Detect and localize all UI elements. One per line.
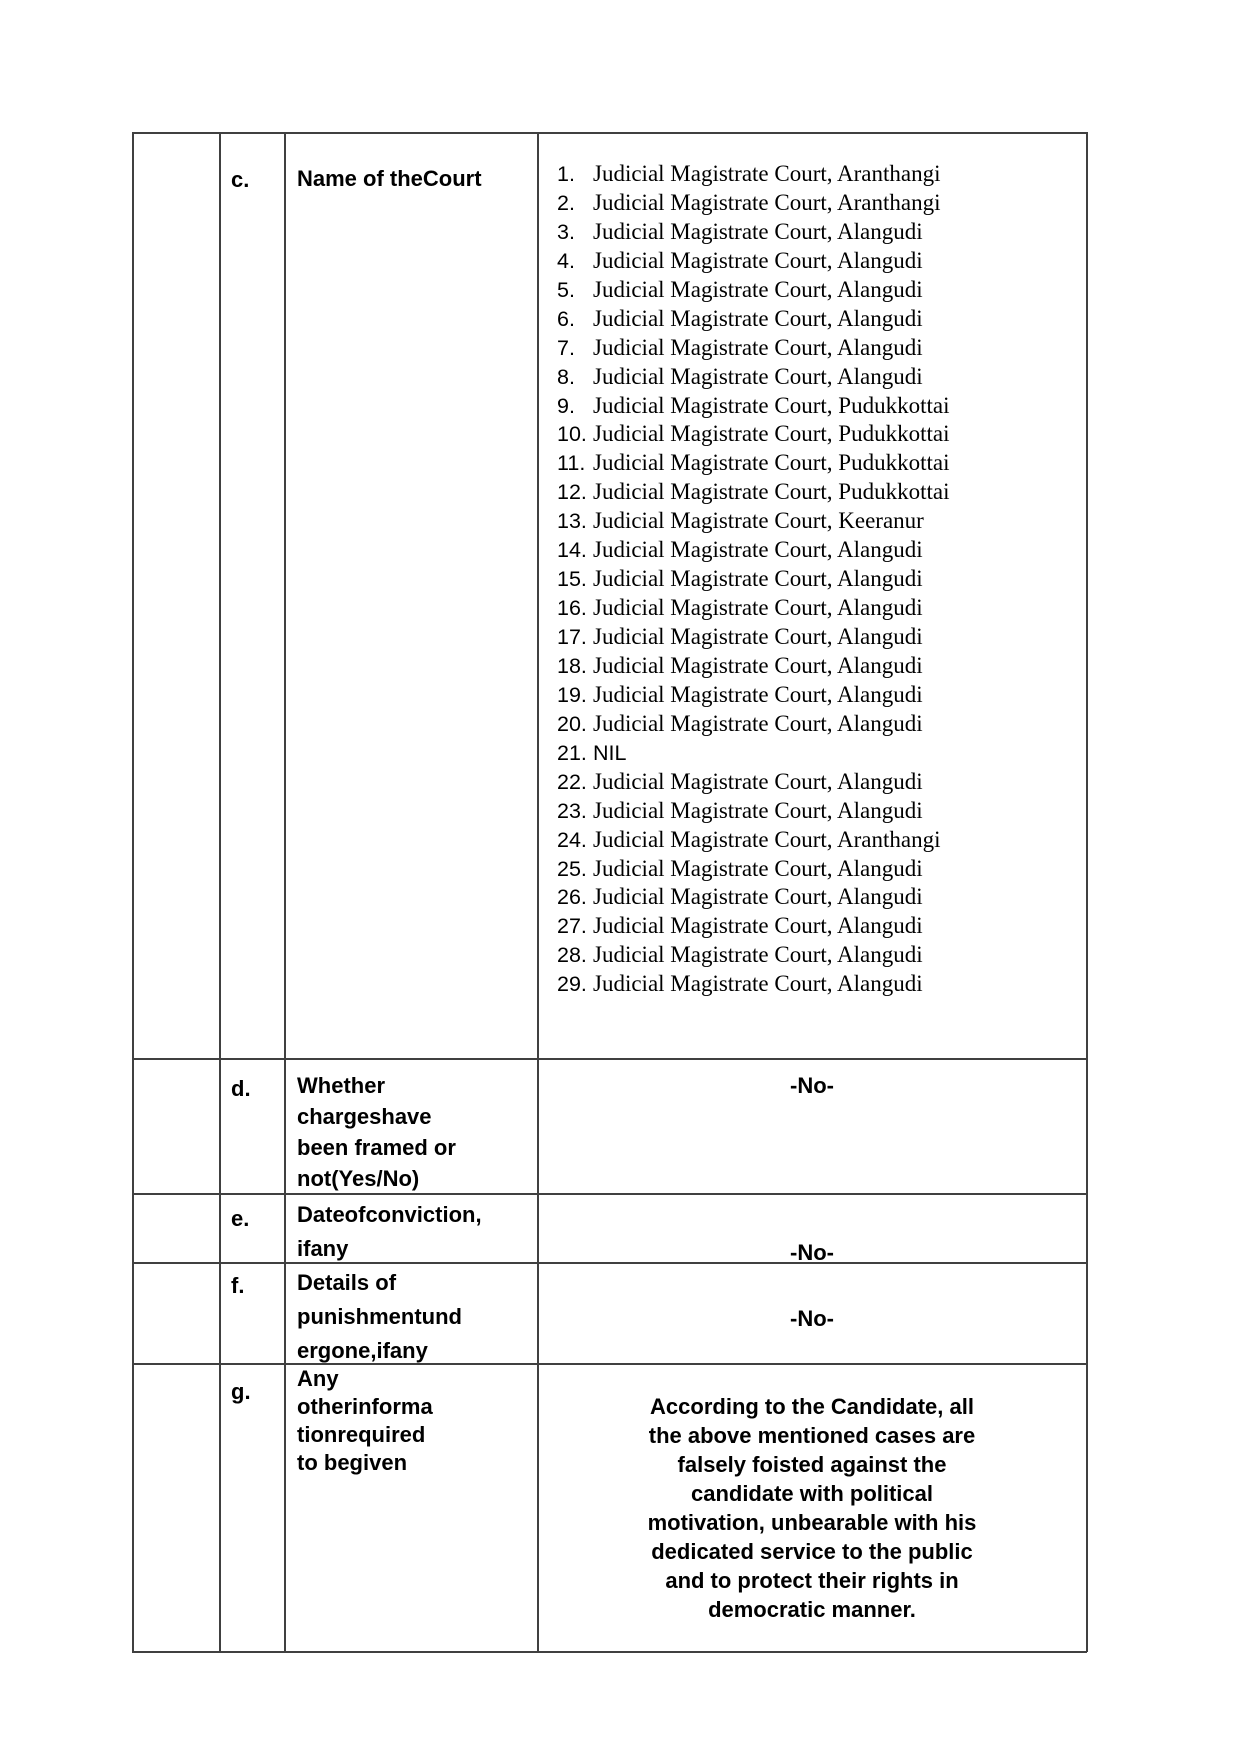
court-list-item: 13.Judicial Magistrate Court, Keeranur — [557, 507, 1077, 536]
row-g-label-line: to begiven — [297, 1449, 433, 1477]
court-list-number: 28. — [557, 941, 587, 970]
court-list-number: 25. — [557, 855, 587, 884]
table-border-bottom — [132, 1651, 1087, 1653]
note-line: candidate with political — [622, 1479, 1002, 1508]
table-border-left — [132, 132, 134, 1652]
court-name: Judicial Magistrate Court, Alangudi — [593, 623, 923, 652]
row-g-label-line: otherinforma — [297, 1393, 433, 1421]
note-line: the above mentioned cases are — [622, 1421, 1002, 1450]
row-d-letter: d. — [231, 1076, 251, 1102]
court-list-number: 29. — [557, 970, 587, 999]
court-name: Judicial Magistrate Court, Alangudi — [593, 797, 923, 826]
row-d-value: -No- — [537, 1073, 1087, 1099]
court-list-number: 22. — [557, 768, 587, 797]
court-list-item: 11.Judicial Magistrate Court, Pudukkotta… — [557, 449, 1077, 478]
row-f-value: -No- — [537, 1306, 1087, 1332]
court-list-item: 14.Judicial Magistrate Court, Alangudi — [557, 536, 1077, 565]
note-line: dedicated service to the public — [622, 1537, 1002, 1566]
note-line: According to the Candidate, all — [622, 1392, 1002, 1421]
court-name: Judicial Magistrate Court, Alangudi — [593, 536, 923, 565]
note-line: democratic manner. — [622, 1595, 1002, 1624]
court-name: Judicial Magistrate Court, Alangudi — [593, 594, 923, 623]
row-c-letter: c. — [231, 167, 249, 193]
court-name: Judicial Magistrate Court, Alangudi — [593, 912, 923, 941]
court-list-number: 26. — [557, 883, 587, 912]
document-page: c. Name of theCourt 1.Judicial Magistrat… — [0, 0, 1241, 1755]
court-list-number: 24. — [557, 826, 587, 855]
court-name: Judicial Magistrate Court, Alangudi — [593, 855, 923, 884]
court-list-item: 8.Judicial Magistrate Court, Alangudi — [557, 363, 1077, 392]
court-list-number: 19. — [557, 681, 587, 710]
court-list-number: 23. — [557, 797, 587, 826]
court-list-item: 17.Judicial Magistrate Court, Alangudi — [557, 623, 1077, 652]
row-f-label-line: ergone,ifany — [297, 1334, 462, 1368]
court-name: Judicial Magistrate Court, Pudukkottai — [593, 420, 949, 449]
court-list-item: 26.Judicial Magistrate Court, Alangudi — [557, 883, 1077, 912]
row-g-value: According to the Candidate, allthe above… — [622, 1392, 1002, 1624]
row-f-label-line: Details of — [297, 1266, 462, 1300]
court-list-number: 20. — [557, 710, 587, 739]
court-list-number: 27. — [557, 912, 587, 941]
court-list-item: 23.Judicial Magistrate Court, Alangudi — [557, 797, 1077, 826]
row-divider-f-g — [132, 1363, 1087, 1365]
row-d-label-line: been framed or — [297, 1132, 456, 1163]
row-g-label-line: Any — [297, 1365, 433, 1393]
note-line: motivation, unbearable with his — [622, 1508, 1002, 1537]
court-list-item: 3.Judicial Magistrate Court, Alangudi — [557, 218, 1077, 247]
court-list-number: 1. — [557, 160, 575, 189]
court-name: Judicial Magistrate Court, Alangudi — [593, 768, 923, 797]
court-name: Judicial Magistrate Court, Alangudi — [593, 305, 923, 334]
court-name: Judicial Magistrate Court, Alangudi — [593, 565, 923, 594]
court-name: Judicial Magistrate Court, Alangudi — [593, 681, 923, 710]
court-name: Judicial Magistrate Court, Alangudi — [593, 710, 923, 739]
court-list-number: 15. — [557, 565, 587, 594]
court-list-number: 11. — [557, 449, 585, 478]
court-list-number: 6. — [557, 305, 575, 334]
row-g-label-line: tionrequired — [297, 1421, 433, 1449]
court-list-number: 9. — [557, 392, 575, 421]
court-name: Judicial Magistrate Court, Alangudi — [593, 247, 923, 276]
court-name: Judicial Magistrate Court, Alangudi — [593, 883, 923, 912]
court-name: Judicial Magistrate Court, Pudukkottai — [593, 449, 949, 478]
row-f-label-line: punishmentund — [297, 1300, 462, 1334]
column-divider-3 — [537, 132, 539, 1652]
court-list-item: 6.Judicial Magistrate Court, Alangudi — [557, 305, 1077, 334]
row-e-label-line: Dateofconviction, — [297, 1198, 482, 1232]
column-divider-1 — [219, 132, 221, 1652]
court-list-number: 17. — [557, 623, 587, 652]
court-name: Judicial Magistrate Court, Aranthangi — [593, 160, 940, 189]
row-divider-d-e — [132, 1193, 1087, 1195]
court-name: Judicial Magistrate Court, Pudukkottai — [593, 392, 949, 421]
court-list-item: 20.Judicial Magistrate Court, Alangudi — [557, 710, 1077, 739]
court-list-item: 4.Judicial Magistrate Court, Alangudi — [557, 247, 1077, 276]
court-list-item: 9.Judicial Magistrate Court, Pudukkottai — [557, 392, 1077, 421]
row-f-label: Details of punishmentund ergone,ifany — [297, 1266, 462, 1368]
court-list-item: 1.Judicial Magistrate Court, Aranthangi — [557, 160, 1077, 189]
row-d-label: Whether chargeshave been framed or not(Y… — [297, 1070, 456, 1194]
row-g-letter: g. — [231, 1379, 251, 1405]
court-name: Judicial Magistrate Court, Aranthangi — [593, 189, 940, 218]
court-list-number: 8. — [557, 363, 575, 392]
court-list-item: 12.Judicial Magistrate Court, Pudukkotta… — [557, 478, 1077, 507]
row-e-value: -No- — [537, 1240, 1087, 1266]
court-list-item: 5.Judicial Magistrate Court, Alangudi — [557, 276, 1077, 305]
court-list-item: 21.NIL — [557, 739, 1077, 768]
note-line: and to protect their rights in — [622, 1566, 1002, 1595]
court-name: Judicial Magistrate Court, Keeranur — [593, 507, 924, 536]
court-list-item: 29.Judicial Magistrate Court, Alangudi — [557, 970, 1077, 999]
affidavit-table: c. Name of theCourt 1.Judicial Magistrat… — [132, 132, 1087, 1652]
row-g-label: Any otherinforma tionrequired to begiven — [297, 1365, 433, 1477]
court-list-number: 4. — [557, 247, 575, 276]
row-d-label-line: chargeshave — [297, 1101, 456, 1132]
court-list-item: 28.Judicial Magistrate Court, Alangudi — [557, 941, 1077, 970]
court-name: Judicial Magistrate Court, Alangudi — [593, 652, 923, 681]
court-list-number: 2. — [557, 189, 575, 218]
court-list-number: 3. — [557, 218, 575, 247]
court-list-item: 15.Judicial Magistrate Court, Alangudi — [557, 565, 1077, 594]
court-list-number: 16. — [557, 594, 587, 623]
court-list-item: 18.Judicial Magistrate Court, Alangudi — [557, 652, 1077, 681]
court-name: Judicial Magistrate Court, Alangudi — [593, 363, 923, 392]
court-list-item: 25.Judicial Magistrate Court, Alangudi — [557, 855, 1077, 884]
court-list-number: 14. — [557, 536, 587, 565]
court-list-item: 19.Judicial Magistrate Court, Alangudi — [557, 681, 1077, 710]
court-list-number: 12. — [557, 478, 587, 507]
court-list: 1.Judicial Magistrate Court, Aranthangi2… — [557, 160, 1077, 999]
court-name: NIL — [593, 739, 626, 768]
court-list-number: 10. — [557, 420, 587, 449]
row-e-letter: e. — [231, 1206, 249, 1232]
row-divider-c-d — [132, 1058, 1087, 1060]
court-list-item: 27.Judicial Magistrate Court, Alangudi — [557, 912, 1077, 941]
court-name: Judicial Magistrate Court, Alangudi — [593, 941, 923, 970]
court-name: Judicial Magistrate Court, Aranthangi — [593, 826, 940, 855]
court-list-item: 7.Judicial Magistrate Court, Alangudi — [557, 334, 1077, 363]
column-divider-2 — [284, 132, 286, 1652]
row-e-label: Dateofconviction, ifany — [297, 1198, 482, 1266]
court-name: Judicial Magistrate Court, Alangudi — [593, 218, 923, 247]
court-name: Judicial Magistrate Court, Alangudi — [593, 970, 923, 999]
court-list-number: 5. — [557, 276, 575, 305]
court-list-item: 24.Judicial Magistrate Court, Aranthangi — [557, 826, 1077, 855]
table-border-right — [1086, 132, 1088, 1652]
court-name: Judicial Magistrate Court, Alangudi — [593, 276, 923, 305]
row-e-label-line: ifany — [297, 1232, 482, 1266]
court-name: Judicial Magistrate Court, Alangudi — [593, 334, 923, 363]
court-list-item: 16.Judicial Magistrate Court, Alangudi — [557, 594, 1077, 623]
table-border-top — [132, 132, 1087, 134]
court-name: Judicial Magistrate Court, Pudukkottai — [593, 478, 949, 507]
court-list-item: 2.Judicial Magistrate Court, Aranthangi — [557, 189, 1077, 218]
row-c-label: Name of theCourt — [297, 165, 482, 193]
court-list-number: 18. — [557, 652, 587, 681]
row-f-letter: f. — [231, 1273, 244, 1299]
row-d-label-line: not(Yes/No) — [297, 1163, 456, 1194]
note-line: falsely foisted against the — [622, 1450, 1002, 1479]
court-list-number: 13. — [557, 507, 587, 536]
court-list-item: 10.Judicial Magistrate Court, Pudukkotta… — [557, 420, 1077, 449]
court-list-item: 22.Judicial Magistrate Court, Alangudi — [557, 768, 1077, 797]
court-list-number: 7. — [557, 334, 575, 363]
court-list-number: 21. — [557, 739, 587, 768]
row-d-label-line: Whether — [297, 1070, 456, 1101]
